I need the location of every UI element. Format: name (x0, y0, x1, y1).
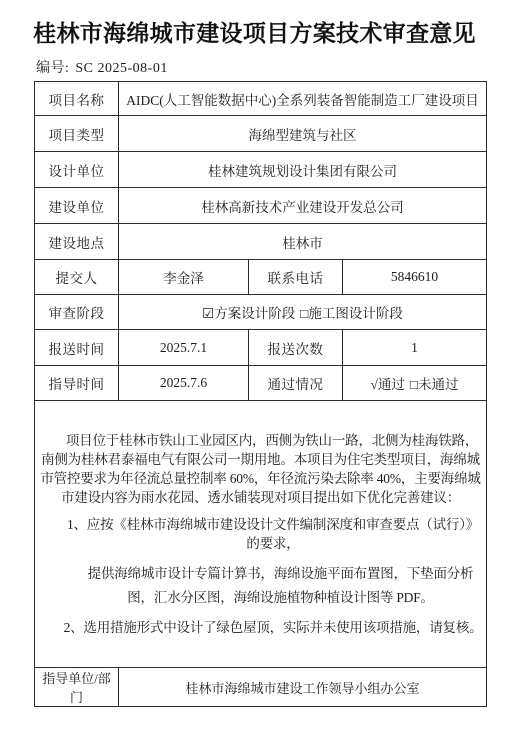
guide-unit-value: 桂林市海绵城市建设工作领导小组办公室 (119, 668, 487, 707)
table-row-guidance: 指导时间 2025.7.6 通过情况 √通过□未通过 (35, 366, 487, 401)
submission-count-label: 报送次数 (249, 330, 343, 366)
checkmark-icon[interactable]: √ (370, 377, 377, 392)
opinion-item-2: 2、选用措施形式中设计了绿色屋顶，实际并未使用该项措施，请复核。 (37, 618, 484, 637)
table-row-location: 建设地点 桂林市 (35, 224, 487, 260)
construction-unit-value: 桂林高新技术产业建设开发总公司 (119, 188, 487, 224)
project-type-label: 项目类型 (35, 116, 119, 152)
table-row-design-unit: 设计单位 桂林建筑规划设计集团有限公司 (35, 152, 487, 188)
table-row-guide-unit: 指导单位/部门 桂林市海绵城市建设工作领导小组办公室 (35, 668, 487, 707)
phone-label: 联系电话 (249, 260, 343, 295)
submitter-value: 李金泽 (119, 260, 249, 295)
review-stage-value: ☑方案设计阶段□施工图设计阶段 (119, 295, 487, 330)
doc-number-value: SC 2025-08-01 (75, 61, 167, 76)
table-row-project-name: 项目名称 AIDC(人工智能数据中心)全系列装备智能制造工厂建设项目 (35, 82, 487, 116)
pass-option-label: 通过 (378, 377, 405, 392)
table-row-submission: 报送时间 2025.7.1 报送次数 1 (35, 330, 487, 366)
opinion-item-1-continued: 提供海绵城市设计专篇计算书，海绵设施平面布置图，下垫面分析图，汇水分区图，海绵设… (37, 562, 484, 610)
review-stage-option-construction: 施工图设计阶段 (308, 306, 403, 321)
table-row-submitter: 提交人 李金泽 联系电话 5846610 (35, 260, 487, 295)
submission-time-label: 报送时间 (35, 330, 119, 366)
pass-status-value: √通过□未通过 (343, 366, 487, 401)
project-name-label: 项目名称 (35, 82, 119, 116)
doc-number: 编号:SC 2025-08-01 (36, 57, 509, 77)
table-row-construction-unit: 建设单位 桂林高新技术产业建设开发总公司 (35, 188, 487, 224)
design-unit-value: 桂林建筑规划设计集团有限公司 (119, 152, 487, 188)
submission-time-value: 2025.7.1 (119, 330, 249, 366)
doc-number-label: 编号: (36, 61, 69, 76)
guidance-time-label: 指导时间 (35, 366, 119, 401)
document-page: 桂林市海绵城市建设项目方案技术审查意见 编号:SC 2025-08-01 项目名… (0, 0, 509, 737)
review-opinion-text: 项目位于桂林市铁山工业园区内，西侧为铁山一路，北侧为桂海铁路，南侧为桂林君泰福电… (35, 401, 487, 668)
opinion-item-1: 1、应按《桂林市海绵城市建设设计文件编制深度和审查要点（试行）》的要求， (37, 515, 484, 553)
phone-value: 5846610 (343, 260, 487, 295)
submission-count-value: 1 (343, 330, 487, 366)
design-unit-label: 设计单位 (35, 152, 119, 188)
checkbox-unchecked-icon[interactable]: □ (410, 377, 418, 392)
construction-unit-label: 建设单位 (35, 188, 119, 224)
guidance-time-value: 2025.7.6 (119, 366, 249, 401)
table-row-review-stage: 审查阶段 ☑方案设计阶段□施工图设计阶段 (35, 295, 487, 330)
pass-status-label: 通过情况 (249, 366, 343, 401)
project-name-value: AIDC(人工智能数据中心)全系列装备智能制造工厂建设项目 (119, 82, 487, 116)
review-stage-label: 审查阶段 (35, 295, 119, 330)
fail-option-label: 未通过 (418, 377, 459, 392)
page-title: 桂林市海绵城市建设项目方案技术审查意见 (0, 15, 509, 48)
project-type-value: 海绵型建筑与社区 (119, 116, 487, 152)
location-label: 建设地点 (35, 224, 119, 260)
submitter-label: 提交人 (35, 260, 119, 295)
opinion-paragraph: 项目位于桂林市铁山工业园区内，西侧为铁山一路，北侧为桂海铁路，南侧为桂林君泰福电… (37, 431, 484, 507)
location-value: 桂林市 (119, 224, 487, 260)
review-stage-option-scheme: 方案设计阶段 (214, 306, 295, 321)
checkbox-checked-icon[interactable]: ☑ (202, 306, 214, 321)
review-table: 项目名称 AIDC(人工智能数据中心)全系列装备智能制造工厂建设项目 项目类型 … (34, 81, 487, 707)
table-row-project-type: 项目类型 海绵型建筑与社区 (35, 116, 487, 152)
guide-unit-label: 指导单位/部门 (35, 668, 119, 707)
table-row-opinion: 项目位于桂林市铁山工业园区内，西侧为铁山一路，北侧为桂海铁路，南侧为桂林君泰福电… (35, 401, 487, 668)
